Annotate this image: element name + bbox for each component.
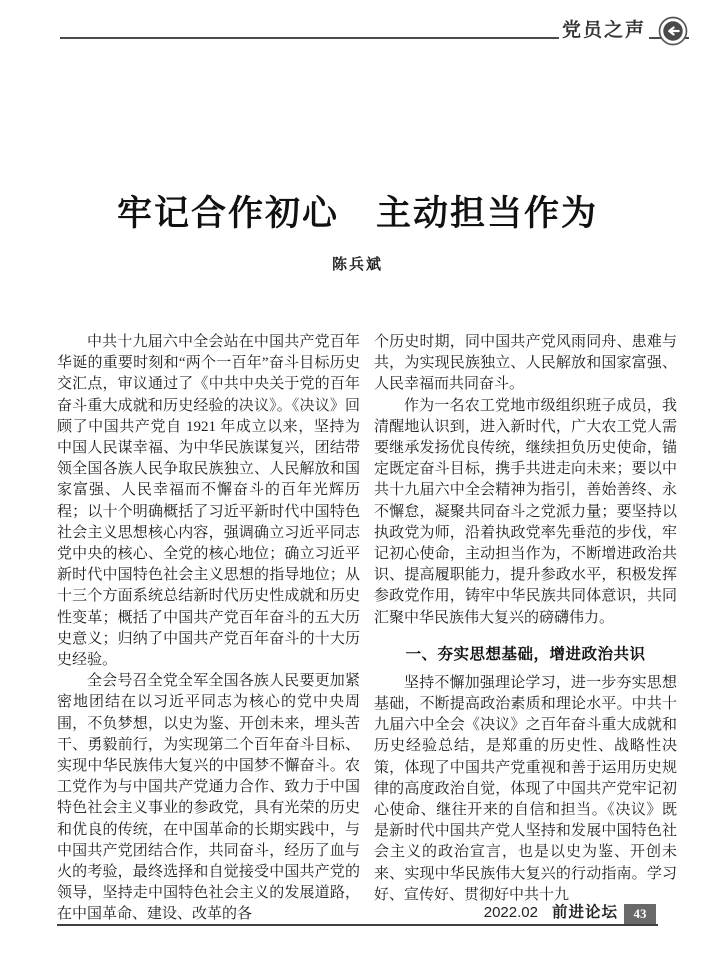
- paragraph-continuation: 个历史时期，同中国共产党风雨同舟、患难与共，为实现民族独立、人民解放和国家富强、…: [374, 332, 677, 396]
- footer-magazine-title: 前进论坛: [552, 902, 618, 923]
- section-heading: 一、夯实思想基础，增进政治共识: [374, 644, 677, 665]
- column-right: 个历史时期，同中国共产党风雨同舟、患难与共，为实现民族独立、人民解放和国家富强、…: [374, 332, 677, 926]
- section-label: 党员之声: [559, 15, 649, 42]
- magazine-page: 党员之声 牢记合作初心 主动担当作为 陈兵斌 中共十九届六中全会站在中国共产党百…: [0, 0, 715, 958]
- footer-text: 2022.02 前进论坛: [484, 902, 618, 923]
- paragraph: 全会号召全党全军全国各族人民要更加紧密地团结在以习近平同志为核心的党中央周围，不…: [57, 671, 360, 925]
- article-author: 陈兵斌: [0, 253, 715, 274]
- footer-rule: [57, 924, 658, 926]
- column-left: 中共十九届六中全会站在中国共产党百年华诞的重要时刻和“两个一百年”奋斗目标历史交…: [57, 332, 360, 926]
- paragraph: 作为一名农工党地市级组织班子成员，我清醒地认识到，进入新时代，广大农工党人需要继…: [374, 396, 677, 629]
- circle-back-arrow-icon: [658, 16, 688, 46]
- paragraph: 中共十九届六中全会站在中国共产党百年华诞的重要时刻和“两个一百年”奋斗目标历史交…: [57, 332, 360, 671]
- article-title: 牢记合作初心 主动担当作为: [0, 190, 715, 238]
- article-body: 中共十九届六中全会站在中国共产党百年华诞的重要时刻和“两个一百年”奋斗目标历史交…: [57, 332, 677, 926]
- footer-issue: 2022.02: [484, 902, 538, 923]
- page-number-badge: 43: [624, 904, 656, 924]
- paragraph: 坚持不懈加强理论学习，进一步夯实思想基础，不断提高政治素质和理论水平。中共十九届…: [374, 673, 677, 906]
